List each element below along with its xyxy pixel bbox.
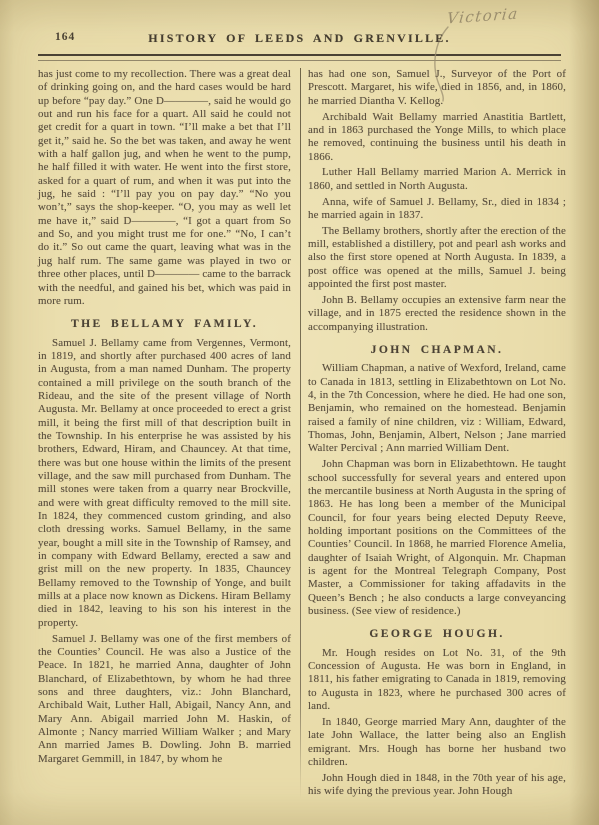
paragraph: has had one son, Samuel J., Surveyor of … bbox=[308, 68, 566, 108]
paragraph: William Chapman, a native of Wexford, Ir… bbox=[308, 362, 566, 455]
right-page-edge-shade bbox=[569, 0, 599, 825]
paragraph: In 1840, George married Mary Ann, daught… bbox=[308, 716, 566, 769]
right-column: has had one son, Samuel J., Surveyor of … bbox=[308, 68, 566, 799]
running-title: HISTORY OF LEEDS AND GRENVILLE. bbox=[0, 31, 599, 46]
section-heading-john-chapman: JOHN CHAPMAN. bbox=[308, 343, 566, 356]
paragraph: John Hough died in 1848, in the 70th yea… bbox=[308, 772, 566, 799]
section-heading-bellamy-family: THE BELLAMY FAMILY. bbox=[38, 317, 291, 330]
handwritten-annotation: Victoria bbox=[446, 4, 519, 27]
text-columns: has just come to my recollection. There … bbox=[38, 68, 567, 799]
column-divider bbox=[300, 68, 301, 799]
paragraph: Mr. Hough resides on Lot No. 31, of the … bbox=[308, 647, 566, 714]
paragraph: Anna, wife of Samuel J. Bellamy, Sr., di… bbox=[308, 196, 566, 223]
paragraph: John B. Bellamy occupies an extensive fa… bbox=[308, 294, 566, 334]
left-edge-shade bbox=[0, 0, 14, 825]
paragraph: Archibald Wait Bellamy married Anastitia… bbox=[308, 111, 566, 164]
paragraph: Samuel J. Bellamy came from Vergennes, V… bbox=[38, 337, 291, 631]
paragraph: has just come to my recollection. There … bbox=[38, 68, 291, 308]
paragraph: John Chapman was born in Elizabethtown. … bbox=[308, 458, 566, 618]
page-header: 164 HISTORY OF LEEDS AND GRENVILLE. bbox=[0, 31, 599, 51]
paragraph: The Bellamy brothers, shortly after the … bbox=[308, 225, 566, 292]
paragraph: Samuel J. Bellamy was one of the first m… bbox=[38, 633, 291, 766]
left-column: has just come to my recollection. There … bbox=[38, 68, 291, 799]
book-page: Victoria 164 HISTORY OF LEEDS AND GRENVI… bbox=[0, 0, 599, 825]
section-heading-george-hough: GEORGE HOUGH. bbox=[308, 627, 566, 640]
header-rule bbox=[38, 54, 561, 61]
page-number: 164 bbox=[55, 31, 75, 43]
paragraph: Luther Hall Bellamy married Marion A. Me… bbox=[308, 166, 566, 193]
